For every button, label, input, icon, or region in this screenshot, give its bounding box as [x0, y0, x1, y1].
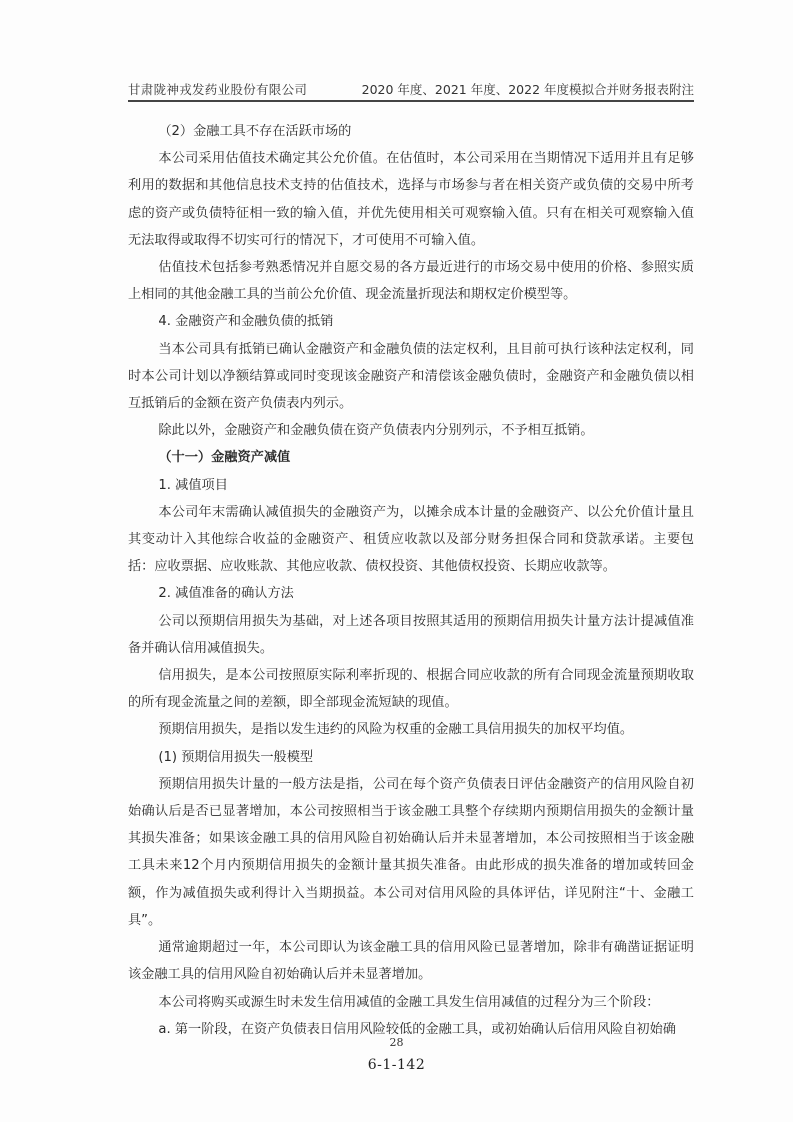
- subheading-general-model: (1) 预期信用损失一般模型: [128, 744, 694, 771]
- paragraph-valuation-methods: 估值技术包括参考熟悉情况并自愿交易的各方最近进行的市场交易中使用的价格、参照实质…: [128, 254, 694, 308]
- header-report-title: 2020 年度、2021 年度、2022 年度模拟合并财务报表附注: [362, 80, 694, 98]
- paragraph-impairment-items: 本公司年末需确认减值损失的金融资产为，以摊余成本计量的金融资产、以公允价值计量且…: [128, 499, 694, 581]
- header-company-name: 甘肃陇神戎发药业股份有限公司: [128, 80, 307, 98]
- document-body: （2）金融工具不存在活跃市场的 本公司采用估值技术确定其公允价值。在估值时，本公…: [128, 118, 694, 1043]
- paragraph-three-stages: 本公司将购买或源生时未发生信用减值的金融工具发生信用减值的过程分为三个阶段：: [128, 989, 694, 1016]
- paragraph-general-model: 预期信用损失计量的一般方法是指，公司在每个资产负债表日评估金融资产的信用风险自初…: [128, 771, 694, 934]
- subheading-offsetting: 4. 金融资产和金融负债的抵销: [128, 308, 694, 335]
- paragraph-expected-credit-loss-definition: 预期信用损失，是指以发生违约的风险为权重的金融工具信用损失的加权平均值。: [128, 716, 694, 743]
- subheading-impairment-items: 1. 减值项目: [128, 472, 694, 499]
- page-number: 28: [0, 1036, 793, 1049]
- paragraph-credit-loss-definition: 信用损失，是本公司按照原实际利率折现的、根据合同应收款的所有合同现金流量预期收取…: [128, 662, 694, 716]
- page-header: 甘肃陇神戎发药业股份有限公司 2020 年度、2021 年度、2022 年度模拟…: [128, 76, 694, 102]
- document-code: 6-1-142: [0, 1057, 793, 1073]
- subheading-recognition-method: 2. 减值准备的确认方法: [128, 580, 694, 607]
- paragraph-expected-credit-loss-basis: 公司以预期信用损失为基础，对上述各项目按照其适用的预期信用损失计量方法计提减值准…: [128, 608, 694, 662]
- paragraph-offsetting-otherwise: 除此以外，金融资产和金融负债在资产负债表内分别列示，不予相互抵销。: [128, 417, 694, 444]
- paragraph-overdue-one-year: 通常逾期超过一年，本公司即认为该金融工具的信用风险已显著增加，除非有确凿证据证明…: [128, 934, 694, 988]
- document-page: 甘肃陇神戎发药业股份有限公司 2020 年度、2021 年度、2022 年度模拟…: [0, 0, 793, 1122]
- section-heading-impairment: （十一）金融资产减值: [128, 444, 694, 471]
- paragraph-offsetting-rights: 当本公司具有抵销已确认金融资产和金融负债的法定权利，且目前可执行该种法定权利，同…: [128, 336, 694, 418]
- paragraph-valuation-technique: 本公司采用估值技术确定其公允价值。在估值时，本公司采用在当期情况下适用并且有足够…: [128, 145, 694, 254]
- subheading-inactive-market: （2）金融工具不存在活跃市场的: [128, 118, 694, 145]
